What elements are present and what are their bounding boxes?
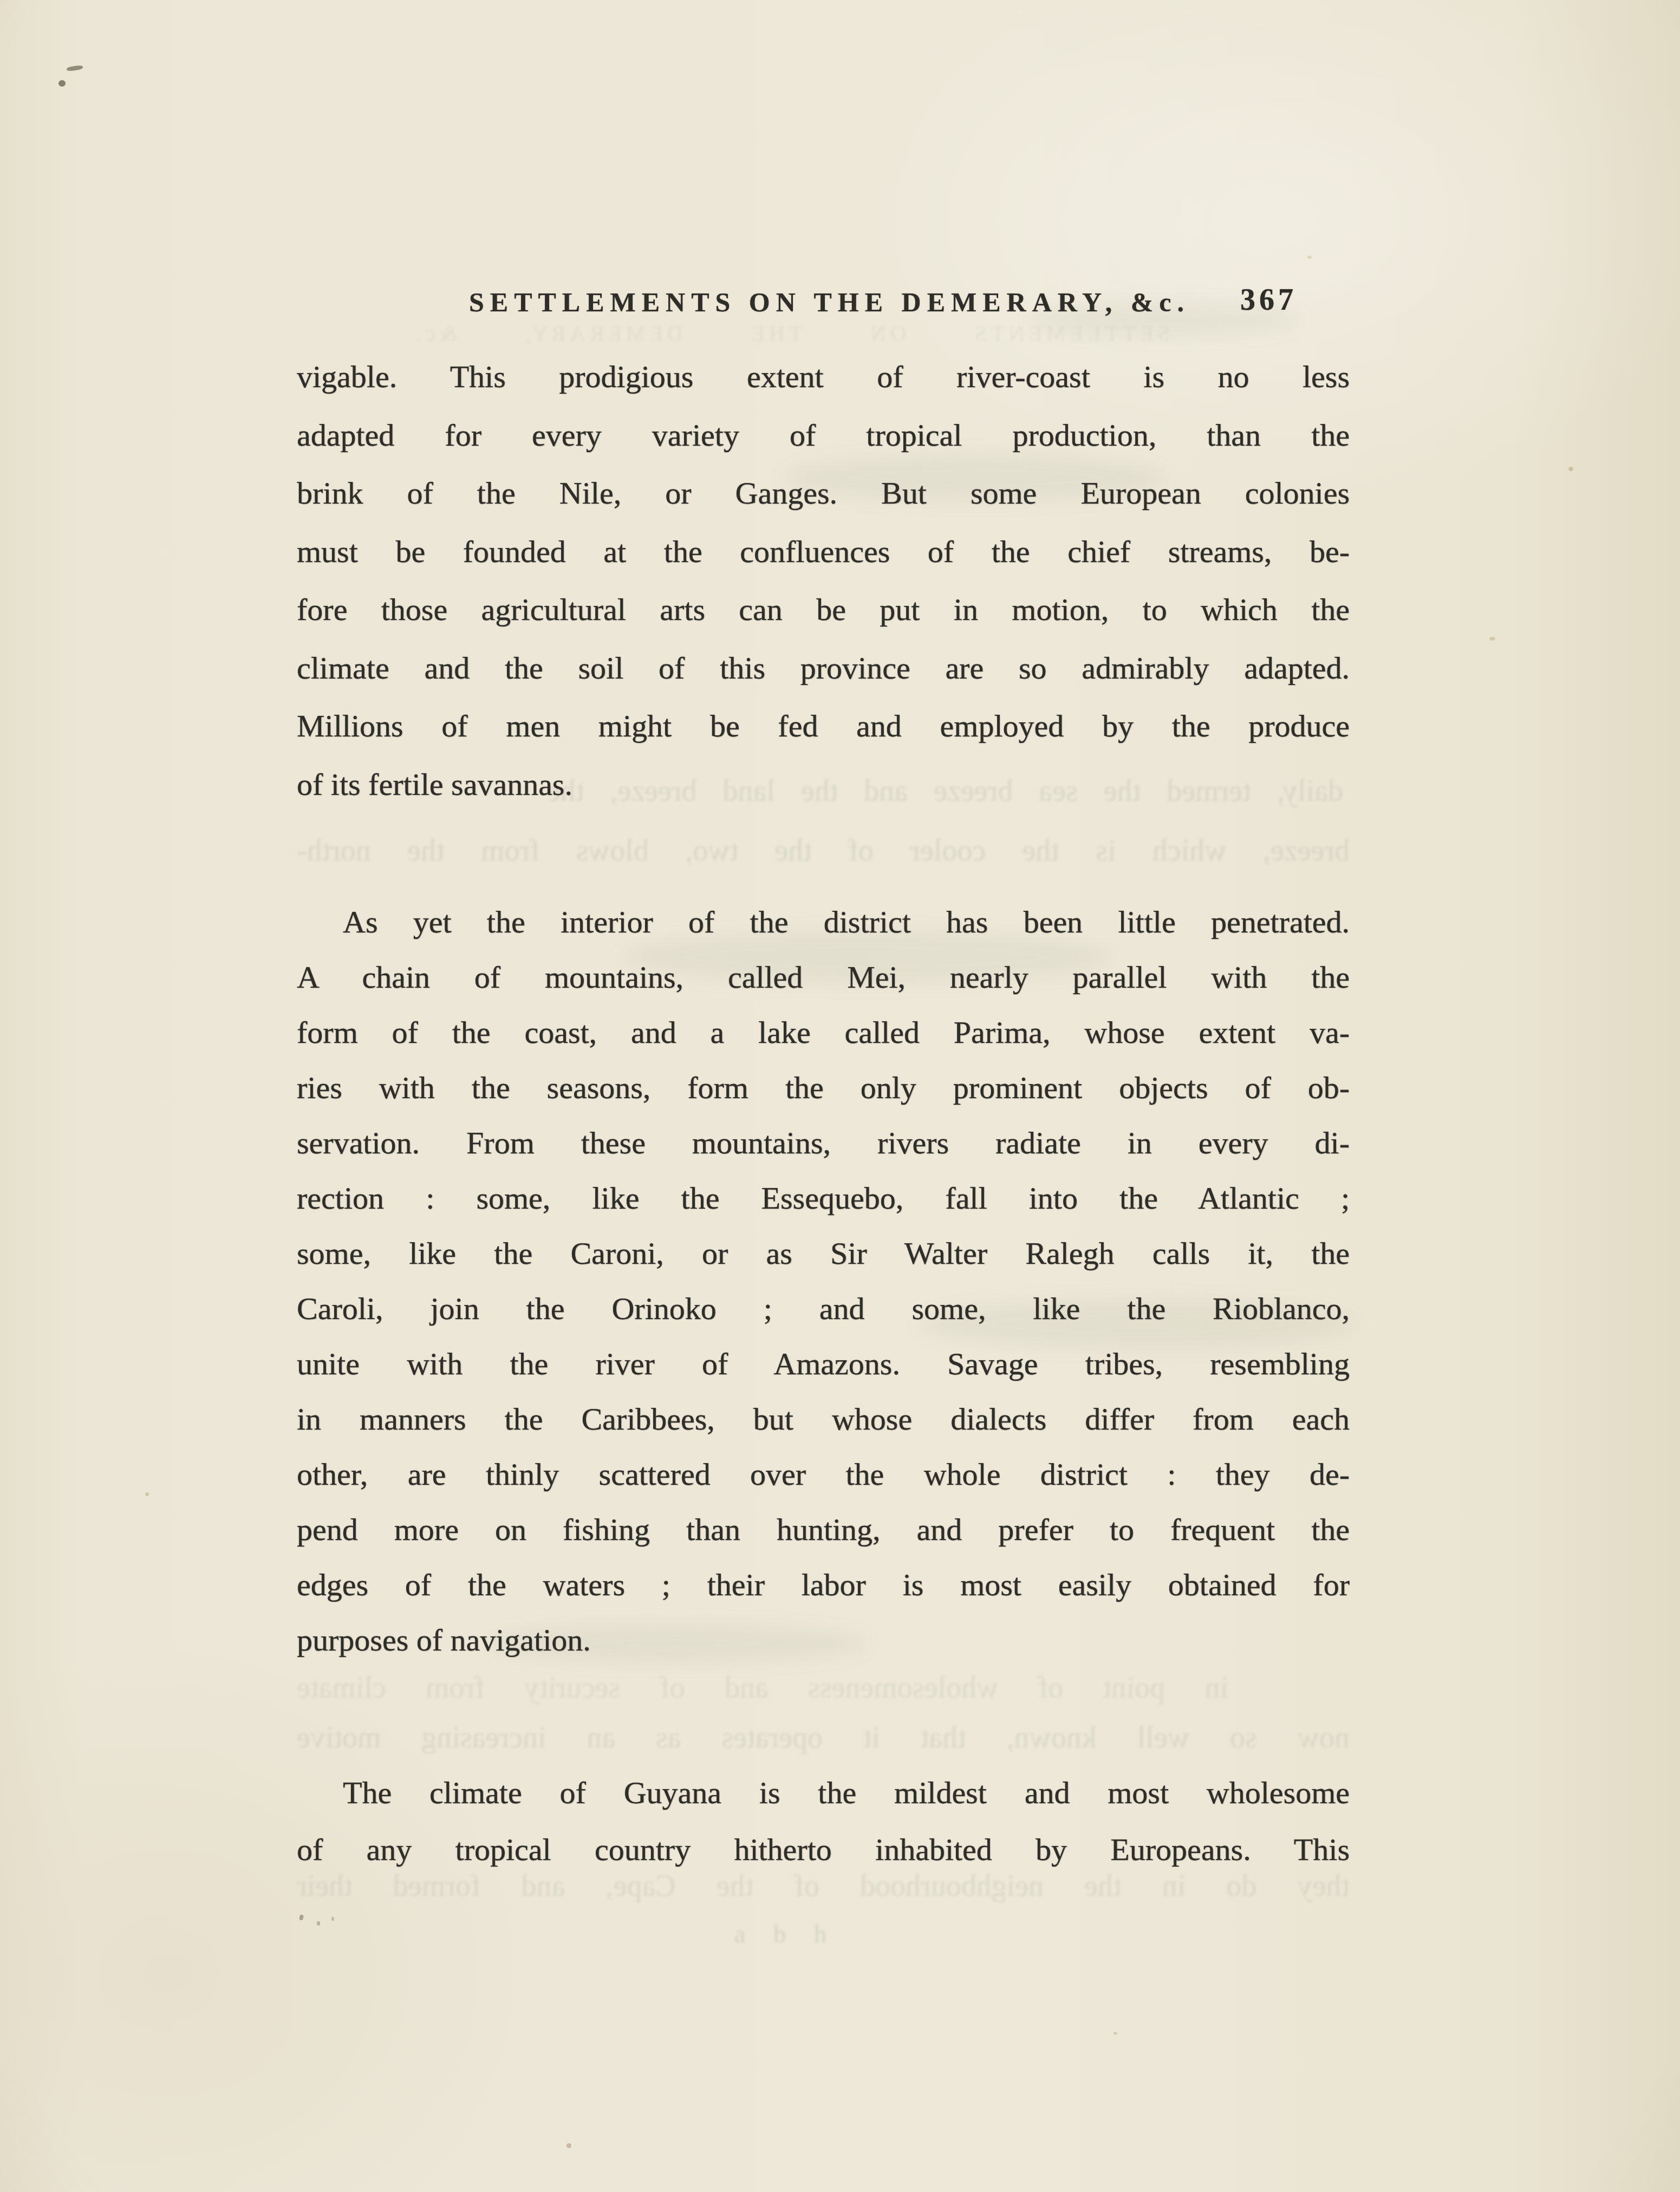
- bleedthrough-line: SETTLEMENTS ON THE DEMERARY, &c.: [412, 321, 1170, 347]
- text-line: Caroli, join the Orinoko ; and some, lik…: [297, 1281, 1350, 1336]
- text-line: of its fertile savannas.: [297, 755, 1350, 814]
- text-line: servation. From these mountains, rivers …: [297, 1115, 1350, 1171]
- bleedthrough-line: in point of wholesomeness and of securit…: [297, 1670, 1228, 1706]
- text-line: adapted for every variety of tropical pr…: [297, 406, 1350, 465]
- text-line: other, are thinly scattered over the who…: [297, 1447, 1350, 1502]
- paragraph-1: vigable. This prodigious extent of river…: [297, 348, 1350, 813]
- page-number: 367: [1240, 283, 1297, 317]
- foxing-speck: [1489, 637, 1495, 641]
- text-line: some, like the Caroni, or as Sir Walter …: [297, 1226, 1350, 1281]
- foxing-speck: [1568, 467, 1573, 471]
- text-line: vigable. This prodigious extent of river…: [297, 348, 1350, 406]
- foxing-speck: [566, 2143, 571, 2148]
- text-line: in manners the Caribbees, but whose dial…: [297, 1392, 1350, 1447]
- bleedthrough-line: breeze, which is the cooler of the two, …: [297, 833, 1350, 869]
- text-line: purposes of navigation.: [297, 1613, 1350, 1668]
- text-line: must be founded at the confluences of th…: [297, 523, 1350, 581]
- text-line: climate and the soil of this province ar…: [297, 639, 1350, 697]
- foxing-speck: [1307, 256, 1312, 259]
- text-line: A chain of mountains, called Mei, nearly…: [297, 950, 1350, 1005]
- foxing-speck: [1114, 2032, 1117, 2035]
- running-title: SETTLEMENTS ON THE DEMERARY, &c.: [469, 285, 1190, 319]
- paragraph-2: As yet the interior of the district has …: [297, 895, 1350, 1668]
- text-line: rection : some, like the Essequebo, fall…: [297, 1171, 1350, 1226]
- text-line: of any tropical country hitherto inhabit…: [297, 1821, 1350, 1878]
- text-line: Millions of men might be fed and employe…: [297, 697, 1350, 755]
- bleedthrough-line: a b h: [734, 1919, 826, 1949]
- text-line: form of the coast, and a lake called Par…: [297, 1005, 1350, 1060]
- text-line: The climate of Guyana is the mildest and…: [297, 1764, 1350, 1821]
- text-line: unite with the river of Amazons. Savage …: [297, 1336, 1350, 1392]
- foxing-speck: [58, 80, 66, 87]
- foxing-speck: [317, 1921, 320, 1926]
- text-line: edges of the waters ; their labor is mos…: [297, 1557, 1350, 1613]
- bleedthrough-line: now so well known, that it operates as a…: [297, 1720, 1350, 1756]
- text-line: ries with the seasons, form the only pro…: [297, 1060, 1350, 1115]
- paragraph-3: The climate of Guyana is the mildest and…: [297, 1764, 1350, 1878]
- scanned-book-page: SETTLEMENTS ON THE DEMERARY, &c.daily, t…: [0, 0, 1680, 2192]
- text-line: fore those agricultural arts can be put …: [297, 580, 1350, 639]
- text-line: As yet the interior of the district has …: [297, 895, 1350, 950]
- running-head: SETTLEMENTS ON THE DEMERARY, &c. 367: [297, 285, 1350, 323]
- foxing-speck: [331, 1917, 334, 1921]
- text-line: brink of the Nile, or Ganges. But some E…: [297, 464, 1350, 523]
- foxing-speck: [67, 65, 83, 71]
- foxing-speck: [145, 1492, 149, 1496]
- foxing-speck: [299, 1914, 304, 1920]
- text-line: pend more on fishing than hunting, and p…: [297, 1502, 1350, 1557]
